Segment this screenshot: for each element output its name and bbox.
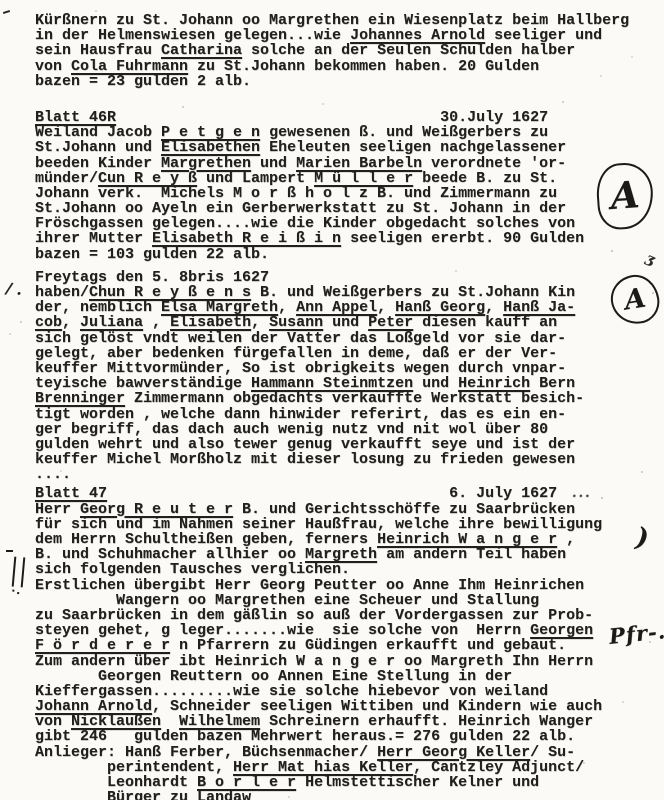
text-line: Johann verk. Michels M o r ß h o l z B. … <box>35 186 629 201</box>
text-line: für sich und im Nahmen seiner Haußfrau, … <box>35 517 629 532</box>
text-line: gulden wehrt und also tewer genug verkau… <box>35 437 629 452</box>
text-line: cob, Juliana , Elisabeth, Susann und Pet… <box>35 315 629 330</box>
text-line: sich gelöst vndt weilen der Vatter das L… <box>35 331 629 346</box>
text-line: sein Hausfrau Catharina solche an der Se… <box>35 43 629 58</box>
handwritten-pfr-note: Pfr-. <box>608 623 664 644</box>
text-line: von Cola Fuhrmann zu St.Johann bekommen … <box>35 59 629 74</box>
text-line: Leonhardt B o r l e r Helmstettischer Ke… <box>35 775 629 790</box>
handwritten-circled-a-top: A <box>595 161 655 231</box>
text-line: haben/Chun R e y ß e n s B. und Weißgerb… <box>35 285 629 300</box>
text-line: steyen gehet, g leger.......wie sie solc… <box>35 623 629 638</box>
text-segment: am andern Teil haben <box>377 546 566 563</box>
text-line: ihrer Mutter Elisabeth R e i ß i n seeli… <box>35 231 629 246</box>
text-line: Zum andern über ibt Heinrich W a n g e r… <box>35 654 629 669</box>
text-line: von Nicklaußen Wilhelmem Schreinern erha… <box>35 714 629 729</box>
entry-wiesenplatz-hallberg: Kürßnern zu St. Johann oo Margrethen ein… <box>35 13 629 89</box>
text-line: Herr Georg R e u t e r B. und Gerichtssc… <box>35 502 629 517</box>
text-line: Weiland Jacob P e t g e n gewesenen ß. u… <box>35 125 629 140</box>
text-line: in der Helmenswiesen gelegen...wie Johan… <box>35 28 629 43</box>
circled-a-letter: A <box>610 187 640 204</box>
text-line: sich folgenden Tausches verglichen. <box>35 562 629 577</box>
text-line: teyische bawverständige Hammann Steinmtz… <box>35 376 629 391</box>
text-line: Wangern oo Margrethen eine Scheuer und S… <box>35 593 629 608</box>
text-line: bazen = 103 gulden 22 alb. <box>35 247 629 262</box>
entry-blatt-46r: Blatt 46R 30.July 1627Weiland Jacob P e … <box>35 110 629 262</box>
text-line: beeden Kinder Margrethen und Marien Barb… <box>35 156 629 171</box>
scan-noise <box>0 0 2 2</box>
scanned-typewritten-page: Kürßnern zu St. Johann oo Margrethen ein… <box>0 0 664 800</box>
handwritten-paren-mark: ) <box>635 530 649 547</box>
text-line: F ö r d e r e r n Pfarrern zu Güdingen e… <box>35 638 629 653</box>
text-line: keuffer Mittvormünder, So ist obrigkeits… <box>35 361 629 376</box>
text-segment: .... <box>35 466 71 483</box>
text-line: Kürßnern zu St. Johann oo Margrethen ein… <box>35 13 629 28</box>
text-line: tigt worden , welche dann hinwider refer… <box>35 407 629 422</box>
handwritten-squiggle: ʒ <box>643 251 656 268</box>
text-line: Kieffergassen.........wie sie solche hie… <box>35 684 629 699</box>
text-segment: bazen = 23 gulden 2 alb. <box>35 73 251 90</box>
text-segment: Helmstettischer Kelner und <box>296 774 539 791</box>
document-body: Kürßnern zu St. Johann oo Margrethen ein… <box>35 13 629 800</box>
text-segment: bazen = 103 gulden 22 alb. <box>35 246 269 263</box>
text-line: zu Saarbrücken in dem gäßlin so auß der … <box>35 608 629 623</box>
text-line: Erstlichen übergibt Herr Georg Peutter o… <box>35 578 629 593</box>
margin-dash-mark <box>6 550 13 552</box>
text-line: St.Johann und Elisabethen Eheleuten seel… <box>35 140 629 155</box>
ink-specks: ... <box>572 486 592 501</box>
entry-blatt-47: Blatt 47 6. July 1627Herr Georg R e u t … <box>35 486 629 800</box>
margin-slash-mark: / . <box>5 281 22 298</box>
text-line: keuffer Michel Morßholz mit dieser losun… <box>35 452 629 467</box>
text-line: Bürger zu Landaw <box>35 790 629 800</box>
text-line: Georgen Reuttern oo Annen Eine Stellung … <box>35 669 629 684</box>
text-line: Anlieger: Hanß Ferber, Büchsenmacher/ He… <box>35 745 629 760</box>
text-line: dem Herrn Schultheißen geben, ferners He… <box>35 532 629 547</box>
text-line: St.Johann oo Ayeln ein Gerberwerkstatt z… <box>35 201 629 216</box>
text-line: Johann Arnold, Schneider seeligen Wittib… <box>35 699 629 714</box>
text-segment: seeligen ererbt. 90 Gulden <box>341 230 584 247</box>
entry-freytags-5-8bris-1627: Freytags den 5. 8bris 1627haben/Chun R e… <box>35 270 629 483</box>
text-line: Blatt 47 6. July 1627 <box>35 486 629 501</box>
text-segment: keuffer Michel Morßholz mit dieser losun… <box>35 451 575 468</box>
margin-double-bar-mark <box>12 557 26 588</box>
text-line: gibt 246 gulden bazen Mehrwert heraus.= … <box>35 729 629 744</box>
text-line: Blatt 46R 30.July 1627 <box>35 110 629 125</box>
text-line: B. und Schuhmacher allhier oo Margreth a… <box>35 547 629 562</box>
margin-dash-mark-top <box>3 10 10 14</box>
text-segment: Bürger zu Landaw <box>35 789 251 800</box>
text-line: münder/Cun R e y ß und Lampert M ü l l e… <box>35 171 629 186</box>
text-line: Fröschgassen gelegen....wie die Kinder o… <box>35 216 629 231</box>
text-line: der, nemblich Elsa Margreth, Ann Appel, … <box>35 300 629 315</box>
text-line: ger begriff, das dach auch wenig nutz vn… <box>35 422 629 437</box>
text-line: bazen = 23 gulden 2 alb. <box>35 74 629 89</box>
text-line: gelegt, aber bedenken fürgefallen in dem… <box>35 346 629 361</box>
circled-a-letter: A <box>623 290 646 308</box>
text-line: .... <box>35 467 629 482</box>
text-line: perintendent, Herr Mat hias Keller, Cant… <box>35 760 629 775</box>
text-line: Brenninger Zimmermann obgedachts verkauf… <box>35 391 629 406</box>
text-line: Freytags den 5. 8bris 1627 <box>35 270 629 285</box>
